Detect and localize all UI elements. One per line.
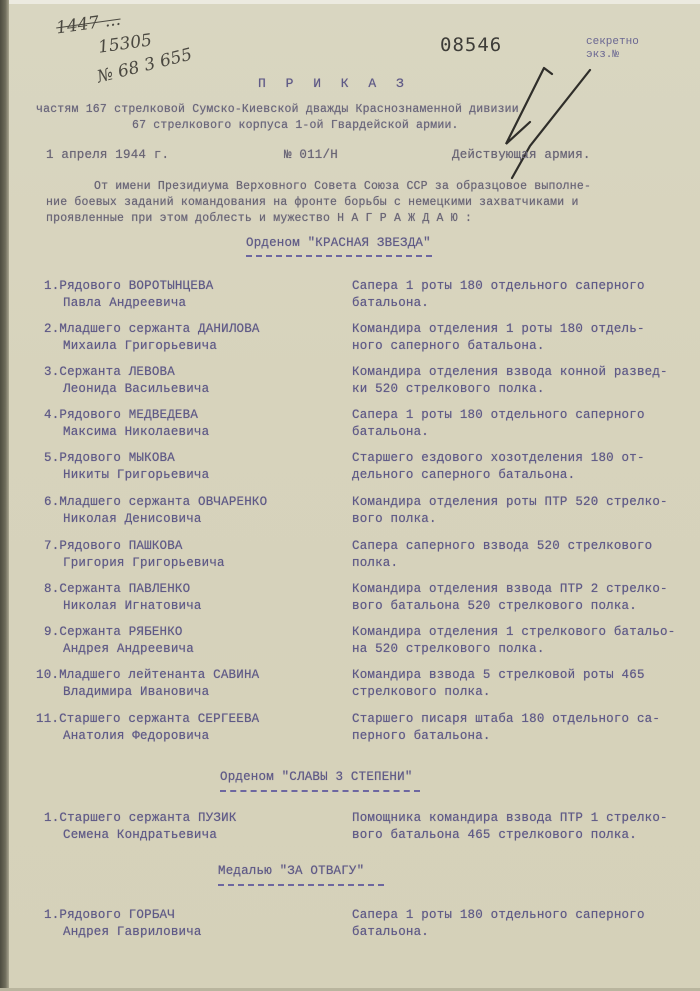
role-line-1: Командира отделения роты ПТР 520 стрелко… [352,494,668,511]
subtitle-line-2: 67 стрелкового корпуса 1-ой Гвардейской … [132,119,459,132]
entry-given-name: Леонида Васильевича [44,381,209,398]
role-line-2: перного батальона. [352,728,660,745]
list-item-role: Помощника командира взвода ПТР 1 стрелко… [352,810,668,844]
role-line-2: вого батальона 465 стрелкового полка. [352,827,668,844]
list-item-recipient: 6.Младшего сержанта ОВЧАРЕНКОНиколая Ден… [44,494,267,528]
entry-number: 2. [44,322,59,336]
entry-given-name: Максима Николаевича [44,424,209,441]
entry-number: 1. [44,279,59,293]
list-item-role: Командира отделения взвода конной развед… [352,364,668,398]
role-line-2: вого батальона 520 стрелкового полка. [352,598,668,615]
role-line-1: Командира отделения взвода конной развед… [352,364,668,381]
entry-given-name: Семена Кондратьевича [44,827,237,844]
secrecy-line-1: секретно [586,36,639,49]
role-line-1: Командира взвода 5 стрелковой роты 465 [352,667,645,684]
role-line-2: батальона. [352,295,645,312]
role-line-2: дельного саперного батальона. [352,467,645,484]
entry-rank-surname: Сержанта ЛЕВОВА [59,365,175,379]
role-line-1: Командира отделения взвода ПТР 2 стрелко… [352,581,668,598]
entry-number: 8. [44,582,59,596]
entry-rank-surname: Младшего сержанта ОВЧАРЕНКО [59,495,267,509]
order-place: Действующая армия. [452,148,591,162]
role-line-1: Сапера 1 роты 180 отдельного саперного [352,907,645,924]
section-heading-glory: Орденом "СЛАВЫ 3 СТЕПЕНИ" [220,770,413,784]
entry-rank-surname: Сержанта РЯБЕНКО [59,625,182,639]
entry-given-name: Григория Григорьевича [44,555,225,572]
list-item-role: Сапера 1 роты 180 отдельного саперногоба… [352,907,645,941]
list-item-recipient: 3.Сержанта ЛЕВОВАЛеонида Васильевича [44,364,209,398]
entry-rank-surname: Старшего сержанта СЕРГЕЕВА [59,712,259,726]
list-item-recipient: 8.Сержанта ПАВЛЕНКОНиколая Игнатовича [44,581,202,615]
entry-rank-surname: Рядового МЕДВЕДЕВА [59,408,198,422]
entry-given-name: Николая Денисовича [44,511,267,528]
entry-rank-surname: Рядового ВОРОТЫНЦЕВА [59,279,213,293]
role-line-2: ного саперного батальона. [352,338,645,355]
subtitle-line-1: частям 167 стрелковой Сумско-Киевской дв… [36,103,519,116]
entry-rank-surname: Младшего сержанта ДАНИЛОВА [59,322,259,336]
entry-number: 11. [36,712,59,726]
role-line-2: вого полка. [352,511,668,528]
list-item-recipient: 11.Старшего сержанта СЕРГЕЕВААнатолия Фе… [36,711,259,745]
section-heading-red-star: Орденом "КРАСНАЯ ЗВЕЗДА" [246,236,431,250]
entry-number: 1. [44,811,59,825]
list-item-recipient: 1.Рядового ГОРБАЧАндрея Гавриловича [44,907,202,941]
entry-rank-surname: Младшего лейтенанта САВИНА [59,668,259,682]
entry-rank-surname: Рядового ПАШКОВА [59,539,182,553]
list-item-role: Командира отделения роты ПТР 520 стрелко… [352,494,668,528]
list-item-role: Старшего ездового хозотделения 180 от-де… [352,450,645,484]
page-top-edge [0,0,700,4]
heading-underline [246,255,432,257]
entry-given-name: Никиты Григорьевича [44,467,209,484]
role-line-1: Сапера 1 роты 180 отдельного саперного [352,407,645,424]
role-line-1: Командира отделения 1 стрелкового баталь… [352,624,675,641]
heading-underline [218,884,384,886]
preamble-line-2: ние боевых заданий командования на фронт… [46,196,579,209]
list-item-role: Сапера 1 роты 180 отдельного саперногоба… [352,278,645,312]
list-item-role: Командира отделения 1 роты 180 отдель-но… [352,321,645,355]
entry-number: 3. [44,365,59,379]
pencil-checkmark-icon [500,60,610,180]
list-item-recipient: 9.Сержанта РЯБЕНКОАндрея Андреевича [44,624,194,658]
section-heading-valor: Медалью "ЗА ОТВАГУ" [218,864,364,878]
list-item-recipient: 4.Рядового МЕДВЕДЕВАМаксима Николаевича [44,407,209,441]
handwritten-note-1: 1447 ... [55,10,122,39]
entry-given-name: Николая Игнатовича [44,598,202,615]
role-line-1: Сапера саперного взвода 520 стрелкового [352,538,652,555]
entry-given-name: Михаила Григорьевича [44,338,260,355]
list-item-recipient: 5.Рядового МЫКОВАНикиты Григорьевича [44,450,209,484]
entry-number: 10. [36,668,59,682]
entry-rank-surname: Старшего сержанта ПУЗИК [59,811,236,825]
role-line-2: ки 520 стрелкового полка. [352,381,668,398]
list-item-role: Сапера саперного взвода 520 стрелковогоп… [352,538,652,572]
order-date: 1 апреля 1944 г. [46,148,169,162]
archive-number-stamp: 08546 [440,34,502,56]
entry-given-name: Павла Андреевича [44,295,213,312]
preamble-line-1: От имени Президиума Верховного Совета Со… [94,180,591,193]
order-number: № 011/Н [284,148,338,162]
entry-number: 6. [44,495,59,509]
entry-number: 4. [44,408,59,422]
list-item-recipient: 1.Старшего сержанта ПУЗИКСемена Кондрать… [44,810,237,844]
role-line-1: Помощника командира взвода ПТР 1 стрелко… [352,810,668,827]
list-item-recipient: 10.Младшего лейтенанта САВИНАВладимира И… [36,667,259,701]
role-line-2: батальона. [352,924,645,941]
entry-number: 9. [44,625,59,639]
role-line-1: Командира отделения 1 роты 180 отдель- [352,321,645,338]
role-line-2: на 520 стрелкового полка. [352,641,675,658]
entry-given-name: Андрея Гавриловича [44,924,202,941]
list-item-recipient: 2.Младшего сержанта ДАНИЛОВАМихаила Григ… [44,321,260,355]
list-item-role: Командира отделения взвода ПТР 2 стрелко… [352,581,668,615]
entry-rank-surname: Сержанта ПАВЛЕНКО [59,582,190,596]
document-title: П Р И К А З [258,76,410,91]
handwritten-note-2: 15305 [97,30,153,57]
list-item-role: Командира взвода 5 стрелковой роты 465ст… [352,667,645,701]
role-line-2: батальона. [352,424,645,441]
list-item-role: Сапера 1 роты 180 отдельного саперногоба… [352,407,645,441]
entry-given-name: Анатолия Федоровича [36,728,259,745]
document-page: 1447 ... 15305 № 68 3 655 08546 секретно… [0,0,700,991]
list-item-role: Командира отделения 1 стрелкового баталь… [352,624,675,658]
role-line-1: Старшего ездового хозотделения 180 от- [352,450,645,467]
entry-rank-surname: Рядового ГОРБАЧ [59,908,175,922]
entry-number: 1. [44,908,59,922]
entry-number: 7. [44,539,59,553]
secrecy-mark: секретно экз.№ [586,36,639,62]
entry-given-name: Андрея Андреевича [44,641,194,658]
preamble-line-3: проявленные при этом доблесть и мужество… [46,212,472,225]
entry-number: 5. [44,451,59,465]
list-item-role: Старшего писаря штаба 180 отдельного са-… [352,711,660,745]
role-line-1: Старшего писаря штаба 180 отдельного са- [352,711,660,728]
role-line-1: Сапера 1 роты 180 отдельного саперного [352,278,645,295]
binding-edge [0,0,9,991]
list-item-recipient: 1.Рядового ВОРОТЫНЦЕВАПавла Андреевича [44,278,213,312]
list-item-recipient: 7.Рядового ПАШКОВАГригория Григорьевича [44,538,225,572]
entry-rank-surname: Рядового МЫКОВА [59,451,175,465]
entry-given-name: Владимира Ивановича [36,684,259,701]
heading-underline [220,790,420,792]
role-line-2: стрелкового полка. [352,684,645,701]
role-line-2: полка. [352,555,652,572]
